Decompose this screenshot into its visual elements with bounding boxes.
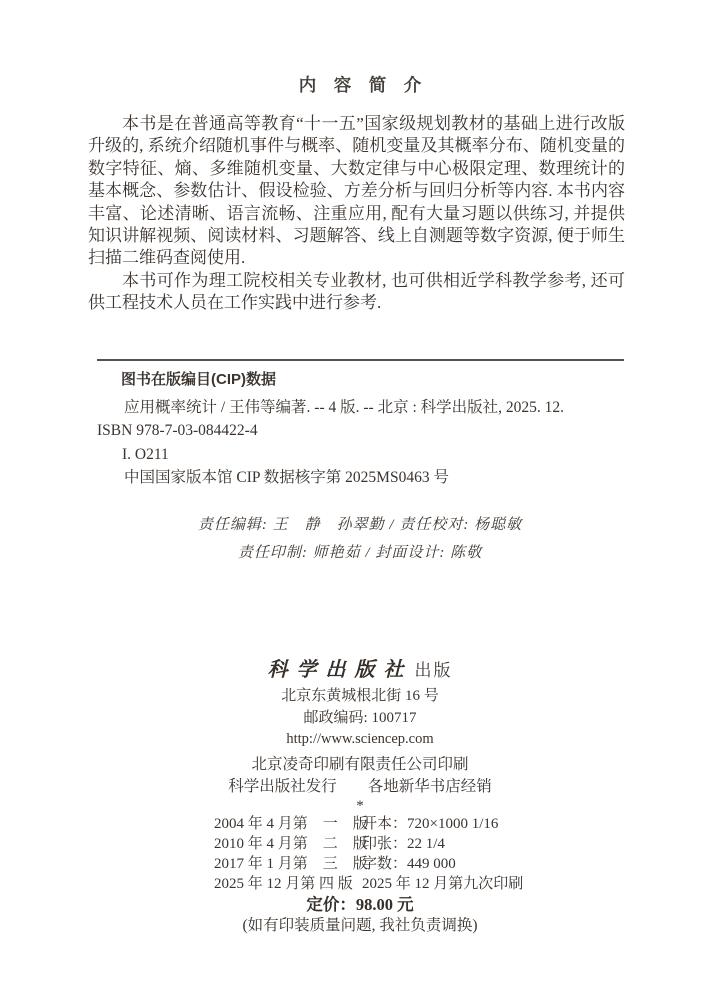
staff-credits: 责任编辑: 王 静 孙翠勤 / 责任校对: 杨聪敏 责任印制: 师艳茹 / 封面…	[0, 511, 720, 567]
edition-history: 2004 年 4 月第 一 版 开本：720×1000 1/16 2010 年 …	[214, 814, 506, 894]
cip-record-number: 中国国家版本馆 CIP 数据核字第 2025MS0463 号	[97, 466, 637, 490]
publisher-postcode: 邮政编码: 100717	[0, 707, 720, 729]
publisher-logo-suffix: 出版	[415, 661, 453, 680]
book-copyright-page: 内 容 简 介 本书是在普通高等教育“十一五”国家级规划教材的基础上进行改版升级…	[0, 0, 720, 1000]
edition-row-2: 2010 年 4 月第 二 版 印张：22 1/4	[214, 834, 506, 854]
intro-title: 内 容 简 介	[0, 72, 720, 97]
cip-heading: 图书在版编目(CIP)数据	[97, 369, 637, 390]
printer-line: 北京凌奇印刷有限责任公司印刷	[0, 754, 720, 776]
edition-info: 开本：720×1000 1/16	[362, 814, 498, 834]
credits-line-print-design: 责任印制: 师艳茹 / 封面设计: 陈敬	[0, 539, 720, 567]
edition-text: 2017 年 1 月第 三 版	[214, 854, 362, 874]
edition-text: 2010 年 4 月第 二 版	[214, 834, 362, 854]
edition-row-1: 2004 年 4 月第 一 版 开本：720×1000 1/16	[214, 814, 506, 834]
cip-title-line: 应用概率统计 / 王伟等编著. -- 4 版. -- 北京 : 科学出版社, 2…	[97, 396, 637, 420]
publisher-website: http://www.sciencep.com	[0, 729, 720, 750]
edition-info: 字数：449 000	[362, 854, 456, 874]
intro-paragraph-1: 本书是在普通高等教育“十一五”国家级规划教材的基础上进行改版升级的, 系统介绍随…	[88, 113, 625, 270]
edition-row-3: 2017 年 1 月第 三 版 字数：449 000	[214, 854, 506, 874]
publisher-address: 北京东黄城根北街 16 号	[0, 685, 720, 707]
separator-star: *	[0, 798, 720, 814]
cip-data-block: 图书在版编目(CIP)数据 应用概率统计 / 王伟等编著. -- 4 版. --…	[97, 369, 637, 490]
intro-paragraph-2: 本书可作为理工院校相关专业教材, 也可供相近学科教学参考, 还可供工程技术人员在…	[88, 270, 625, 315]
intro-body: 本书是在普通高等教育“十一五”国家级规划教材的基础上进行改版升级的, 系统介绍随…	[88, 113, 625, 315]
edition-row-4: 2025 年 12 月第 四 版 2025 年 12 月第九次印刷	[214, 874, 506, 894]
price-line: 定价：98.00 元	[0, 894, 720, 916]
edition-info: 印张：22 1/4	[362, 834, 445, 854]
publisher-logo-line: 科学出版社出版	[0, 657, 720, 685]
quality-guarantee-note: (如有印装质量问题, 我社负责调换)	[0, 916, 720, 936]
credits-line-editors: 责任编辑: 王 静 孙翠勤 / 责任校对: 杨聪敏	[0, 511, 720, 539]
cip-classification: I. O211	[97, 443, 637, 467]
publisher-imprint-block: 科学出版社出版 北京东黄城根北街 16 号 邮政编码: 100717 http:…	[0, 657, 720, 936]
cip-divider-rule	[97, 359, 624, 361]
edition-text: 2004 年 4 月第 一 版	[214, 814, 362, 834]
science-press-logo: 科学出版社	[268, 659, 413, 681]
edition-text: 2025 年 12 月第 四 版	[214, 874, 362, 894]
distribution-line: 科学出版社发行 各地新华书店经销	[0, 776, 720, 798]
edition-info: 2025 年 12 月第九次印刷	[362, 874, 523, 894]
cip-isbn: ISBN 978-7-03-084422-4	[97, 419, 637, 443]
